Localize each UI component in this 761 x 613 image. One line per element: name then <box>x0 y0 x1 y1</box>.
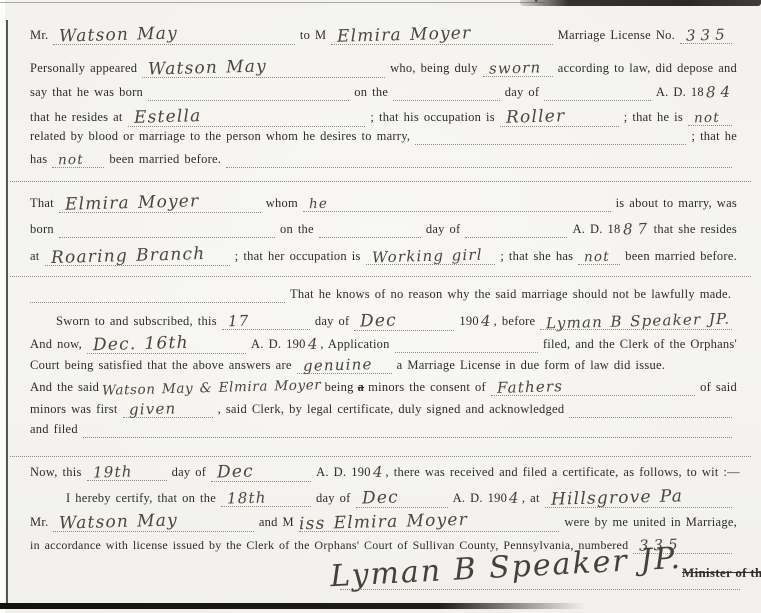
label-license-no: Marriage License No. <box>558 28 675 43</box>
blank-marriage-day: 18th <box>221 488 311 507</box>
blank-cert-day: 19th <box>87 462 167 481</box>
blank-no-reason <box>30 287 285 303</box>
label-day-of-4: day of <box>172 465 207 480</box>
label-whom: whom <box>266 196 298 211</box>
application-filed-line: And now, Dec. 16th A. D. 190 4 , Applica… <box>30 333 737 352</box>
hw-not-married: not <box>52 152 90 169</box>
hw-bride-name-2: Elmira Moyer <box>59 191 206 215</box>
hw-genuine: genuine <box>296 355 378 375</box>
hw-bride-name-3: iss Elmira Moyer <box>299 510 474 535</box>
label-now-this: Now, this <box>30 465 82 480</box>
blank-groom-residence: Estella <box>128 106 366 127</box>
bride-intro-line: That Elmira Moyer whom he is about to ma… <box>30 192 737 211</box>
sworn-subscribed-line: Sworn to and subscribed, this 17 day of … <box>30 310 737 329</box>
marriage-license-document: Mr. Watson May to M Elmira Moyer Marriag… <box>0 0 761 613</box>
hw-cert-day: 19th <box>86 462 138 481</box>
label-that-he-is: ; that he is <box>624 110 683 125</box>
scan-edge-bottom <box>0 603 585 609</box>
section-divider-3 <box>10 456 751 457</box>
label-of-said: of said <box>700 380 737 395</box>
hw-bride-birth-year: 87 <box>620 220 654 239</box>
hw-bride-occupation: Working girl <box>365 245 488 266</box>
hw-bride-residence: Roaring Branch <box>44 244 211 268</box>
signature-row: Lyman B Speaker JP. Minister of the Gosp… <box>330 550 741 592</box>
label-married-before: been married before. <box>109 152 221 167</box>
blank-and-filed <box>83 422 732 438</box>
blank-trailing-1 <box>226 152 732 168</box>
scan-edge-left <box>6 20 8 603</box>
blank-birth-day <box>393 85 500 101</box>
label-she-has: ; that she has <box>500 249 573 264</box>
label-and-m: and M <box>259 515 294 530</box>
related-line: related by blood or marriage to the pers… <box>30 129 737 148</box>
hw-bride-not-married: not <box>578 249 616 266</box>
hw-filed-date: Dec. 16th <box>87 333 195 356</box>
blank-bride-residence: Roaring Branch <box>45 245 230 266</box>
label-day-of-3: day of <box>315 314 350 329</box>
label-being-duly: who, being duly <box>390 61 478 76</box>
label-minister-gospel: Minister of the Gospel. <box>682 565 761 581</box>
label-related-by-blood: related by blood or marriage to the pers… <box>30 129 410 144</box>
label-that-he: ; that he <box>691 129 737 144</box>
blank-bride-name: Elmira Moyer <box>331 24 552 45</box>
hw-sworn-day: 17 <box>222 312 256 331</box>
hw-groom-birth-year: 84 <box>704 83 738 102</box>
scan-white-margin <box>0 0 5 613</box>
hw-sworn-year: 4 <box>479 312 494 330</box>
label-received-filed: , there was received and filed a certifi… <box>385 465 739 480</box>
blank-groom-name-3: Watson May <box>53 511 253 532</box>
blank-groom-name: Watson May <box>53 24 294 45</box>
blank-sworn: sworn <box>483 58 553 77</box>
groom-residence-line: that he resides at Estella ; that his oc… <box>30 106 737 125</box>
blank-bride-name-2: Elmira Moyer <box>59 192 261 213</box>
label-married-before-2: been married before. <box>625 249 737 264</box>
blank-marriage-month: Dec <box>356 487 448 508</box>
label-license-issue: a Marriage License in due form of law di… <box>397 358 665 373</box>
blank-groom-occupation: Roller <box>500 106 619 127</box>
label-day-of: day of <box>505 85 540 100</box>
hw-not-related: not <box>688 110 726 127</box>
label-on-the-2: on the <box>280 222 314 237</box>
blank-bride-occupation: Working girl <box>366 246 496 265</box>
label-sworn-subscribed: Sworn to and subscribed, this <box>56 314 217 329</box>
blank-genuine: genuine <box>297 355 392 374</box>
label-ad-18-2: A. D. 18 <box>572 222 620 237</box>
label-filed-clerk: filed, and the Clerk of the Orphans' <box>543 337 737 352</box>
label-a-struck: a <box>358 380 365 395</box>
label-190: 190 <box>459 314 479 329</box>
blank-bride-name-3: iss Elmira Moyer <box>299 511 560 532</box>
bride-residence-line: at Roaring Branch ; that her occupation … <box>30 245 737 264</box>
groom-married-before-line: has not been married before. <box>30 151 737 170</box>
united-line: Mr. Watson May and M iss Elmira Moyer we… <box>30 511 737 530</box>
stray-ink-mark <box>535 0 566 18</box>
hw-marriage-month: Dec <box>355 487 404 508</box>
hw-marriage-year: 4 <box>507 489 522 507</box>
label-minors-consent: minors the consent of <box>368 380 486 395</box>
blank-bride-not-married: not <box>578 248 620 265</box>
label-ad-190-3: A. D. 190 <box>453 491 508 506</box>
hw-filed-year: 4 <box>305 335 320 353</box>
hw-bride-name: Elmira Moyer <box>331 23 478 47</box>
blank-not-married: not <box>52 151 104 168</box>
label-being: being <box>325 380 354 395</box>
label-no-reason: That he knows of no reason why the said … <box>290 287 731 302</box>
groom-birth-line: say that he was born on the day of A. D.… <box>30 82 737 101</box>
hw-officer-name: Lyman B Speaker JP. <box>540 309 737 332</box>
hw-marriage-day: 18th <box>221 488 273 507</box>
hw-consent-fathers: Fathers <box>491 377 570 397</box>
label-ad-190-2: A. D. 190 <box>316 465 371 480</box>
hw-cert-month: Dec <box>211 461 260 482</box>
label-his-occupation: ; that his occupation is <box>370 110 494 125</box>
label-court-satisfied: Court being satisfied that the above ans… <box>30 358 292 373</box>
hw-cert-year: 4 <box>370 463 385 481</box>
and-filed-line: and filed <box>30 422 737 441</box>
label-she-resides: that she resides <box>654 222 737 237</box>
label-at-2: , at <box>522 491 540 506</box>
label-personally-appeared: Personally appeared <box>30 61 137 76</box>
label-about-to-marry: is about to marry, was <box>616 196 737 211</box>
label-application: , Application <box>320 337 389 352</box>
blank-officer: Lyman B Speaker JP. <box>540 311 732 330</box>
scan-edge-top-thin <box>0 2 545 3</box>
label-resides-at: that he resides at <box>30 110 123 125</box>
appeared-line: Personally appeared Watson May who, bein… <box>30 57 737 76</box>
label-he-was-born: say that he was born <box>30 85 143 100</box>
hw-couple-names: Watson May & Elmira Moyer <box>99 377 325 399</box>
bride-birth-line: born on the day of A. D. 18 87 that she … <box>30 219 737 238</box>
first-given-line: minors was first given , said Clerk, by … <box>30 399 737 418</box>
hw-given: given <box>122 399 182 419</box>
blank-license-no: 335 <box>680 25 732 44</box>
label-day-of-2: day of <box>426 222 461 237</box>
section-divider-1 <box>10 181 751 182</box>
certificate-received-line: Now, this 19th day of Dec A. D. 190 4 , … <box>30 461 737 480</box>
label-day-of-5: day of <box>316 491 351 506</box>
hw-marriage-place: Hillsgrove Pa <box>544 486 689 510</box>
label-and-filed: and filed <box>30 422 78 437</box>
hw-license-no: 335 <box>680 25 736 44</box>
label-born: born <box>30 222 54 237</box>
hw-groom-residence: Estella <box>127 106 207 128</box>
label-ad-18: A. D. 18 <box>656 85 704 100</box>
hw-groom-name-3: Watson May <box>53 510 184 533</box>
blank-sworn-day: 17 <box>222 311 310 330</box>
label-that: That <box>30 196 54 211</box>
blank-not-related: not <box>688 109 732 126</box>
label-united-marriage: were by me united in Marriage, <box>564 515 737 530</box>
label-ad-190: A. D. 190 <box>251 337 306 352</box>
blank-consent-of: Fathers <box>491 377 695 396</box>
hw-groom-name: Watson May <box>53 23 184 46</box>
blank-sworn-month: Dec <box>354 310 454 331</box>
blank-bride-birth-month <box>465 222 567 238</box>
genuine-line: Court being satisfied that the above ans… <box>30 355 737 374</box>
blank-birthplace <box>148 85 349 101</box>
blank-bride-birthplace <box>59 222 275 238</box>
header-line: Mr. Watson May to M Elmira Moyer Marriag… <box>30 24 737 43</box>
label-mr: Mr. <box>30 28 48 43</box>
blank-marriage-place: Hillsgrove Pa <box>545 487 732 508</box>
blank-filed-date: Dec. 16th <box>87 333 246 354</box>
label-legal-certificate: , said Clerk, by legal certificate, duly… <box>218 402 565 417</box>
label-at: at <box>30 249 40 264</box>
label-and-the-said: And the said <box>30 380 99 395</box>
blank-given: given <box>123 399 213 418</box>
certify-line: I hereby certify, that on the 18th day o… <box>30 487 737 506</box>
label-on-the: on the <box>354 85 388 100</box>
hw-groom-occupation: Roller <box>500 106 572 128</box>
signature-underline <box>340 589 740 590</box>
label-before: , before <box>494 314 536 329</box>
hw-sworn: sworn <box>483 58 548 78</box>
label-her-occupation: ; that her occupation is <box>235 249 361 264</box>
hw-appeared-name: Watson May <box>142 56 273 79</box>
label-to-m: to M <box>300 28 326 43</box>
section-divider-2 <box>10 276 751 277</box>
blank-appeared-name: Watson May <box>142 57 385 78</box>
label-mr-2: Mr. <box>30 515 48 530</box>
label-and-now: And now, <box>30 337 82 352</box>
blank-application <box>395 337 538 353</box>
blank-whom: he <box>303 195 611 212</box>
hw-whom-he: he <box>303 196 335 213</box>
label-according: according to law, did depose and <box>558 61 737 76</box>
minors-consent-line: And the said Watson May & Elmira Moyer b… <box>30 377 737 396</box>
blank-trailing-2 <box>569 402 732 418</box>
blank-cert-month: Dec <box>211 461 311 482</box>
blank-bride-birth-day <box>319 222 421 238</box>
label-hereby-certify: I hereby certify, that on the <box>66 491 216 506</box>
no-reason-line: That he knows of no reason why the said … <box>30 287 737 306</box>
blank-related <box>415 129 686 145</box>
label-minors-first: minors was first <box>30 402 118 417</box>
label-has: has <box>30 152 47 167</box>
hw-sworn-month: Dec <box>354 310 403 331</box>
blank-birth-month <box>544 85 651 101</box>
